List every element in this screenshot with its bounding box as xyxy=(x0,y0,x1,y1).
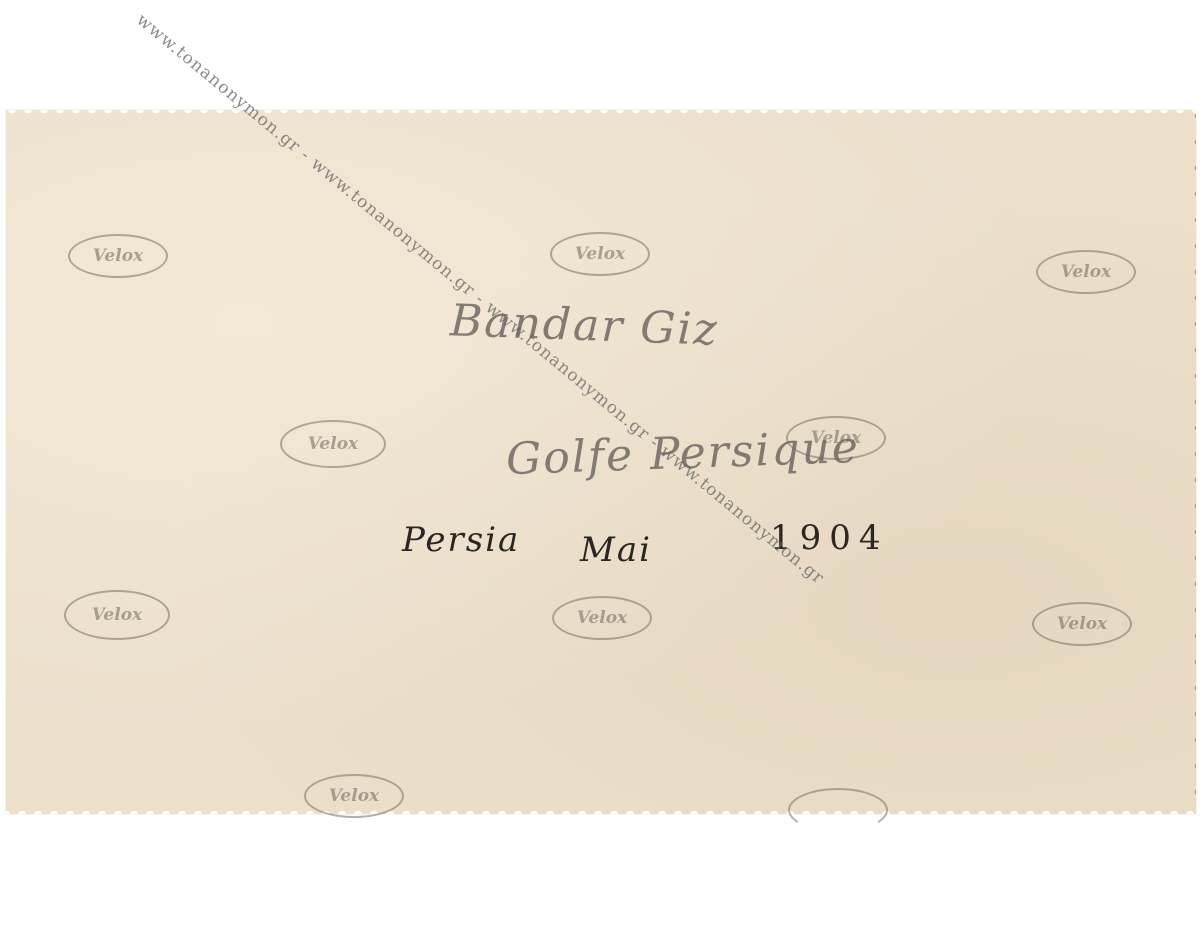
photo-back: Velox Velox Velox Velox Velox Velox Velo… xyxy=(6,110,1196,814)
handwriting-place: Persia xyxy=(402,520,520,560)
velox-stamp: Velox xyxy=(68,234,168,278)
velox-stamp: Velox xyxy=(64,590,170,640)
deckled-edge-bottom xyxy=(6,808,1196,814)
deckled-edge-top xyxy=(6,110,1196,116)
velox-stamp: Velox xyxy=(788,788,888,832)
velox-stamp: Velox xyxy=(552,596,652,640)
velox-stamp: Velox xyxy=(280,420,386,468)
velox-stamp: Velox xyxy=(1036,250,1136,294)
velox-stamp: Velox xyxy=(304,774,404,818)
deckled-edge-right xyxy=(1191,110,1196,814)
handwriting-month: Mai xyxy=(580,530,652,570)
velox-stamp: Velox xyxy=(1032,602,1132,646)
velox-stamp: Velox xyxy=(550,232,650,276)
